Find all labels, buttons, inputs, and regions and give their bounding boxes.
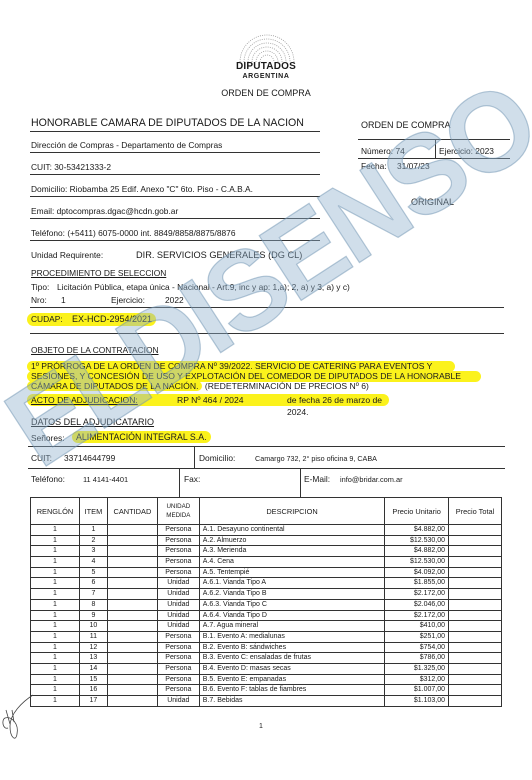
cell-item: 17	[79, 696, 107, 707]
cell-unitario: $4.882,00	[385, 546, 449, 557]
cell-cantidad	[107, 589, 157, 600]
cell-item: 12	[79, 642, 107, 653]
cell-total	[449, 546, 502, 557]
cell-cantidad	[107, 696, 157, 707]
cudap-value: EX-HCD-2954/2021	[72, 314, 152, 324]
col-item: ITEM	[79, 498, 107, 525]
cell-total	[449, 610, 502, 621]
cell-total	[449, 653, 502, 664]
cell-item: 8	[79, 599, 107, 610]
cell-renglon: 1	[31, 610, 80, 621]
cell-cantidad	[107, 663, 157, 674]
col-precio-total: Precio Total	[449, 498, 502, 525]
cell-cantidad	[107, 525, 157, 536]
procedure-type-label: Tipo:	[31, 282, 49, 292]
cell-descripcion: A.3. Merienda	[199, 546, 384, 557]
cell-descripcion: B.7. Bebidas	[199, 696, 384, 707]
cell-renglon: 1	[31, 567, 80, 578]
cell-cantidad	[107, 642, 157, 653]
cell-unitario: $12.530,00	[385, 557, 449, 568]
cell-total	[449, 696, 502, 707]
table-row: 18UnidadA.6.3. Vianda Tipo C$2.046,00	[31, 599, 502, 610]
cell-item: 13	[79, 653, 107, 664]
cell-renglon: 1	[31, 663, 80, 674]
logo-country: ARGENTINA	[0, 73, 532, 80]
cell-unidad: Unidad	[157, 589, 199, 600]
table-row: 116PersonaB.6. Evento F: tablas de fiamb…	[31, 685, 502, 696]
object-line-3: CÁMARA DE DIPUTADOS DE LA NACIÓN. (REDET…	[27, 381, 369, 391]
cudap-label: CUDAP:	[31, 314, 63, 324]
object-line-3-suffix: (REDETERMINACIÓN DE PRECIOS Nº 6)	[205, 381, 369, 391]
cell-descripcion: B.1. Evento A: medialunas	[199, 631, 384, 642]
cell-total	[449, 589, 502, 600]
cell-item: 6	[79, 578, 107, 589]
order-number: Número: 74	[361, 146, 405, 156]
cell-unidad: Unidad	[157, 610, 199, 621]
signature-icon	[0, 690, 40, 750]
document-title: ORDEN DE COMPRA	[0, 88, 532, 98]
cell-item: 11	[79, 631, 107, 642]
cell-renglon: 1	[31, 642, 80, 653]
cell-total	[449, 525, 502, 536]
issuer-email: Email: dptocompras.dgac@hcdn.gob.ar	[31, 206, 178, 216]
cell-unitario: $754,00	[385, 642, 449, 653]
col-cantidad: CANTIDAD	[107, 498, 157, 525]
issuer-phone: Teléfono: (+5411) 6075-0000 int. 8849/88…	[31, 228, 236, 238]
award-date: de fecha 26 de marzo de 2024.	[287, 394, 389, 418]
cell-unitario: $1.325,00	[385, 663, 449, 674]
cell-unidad: Persona	[157, 535, 199, 546]
object-heading: OBJETO DE LA CONTRATACION	[31, 345, 159, 355]
cell-descripcion: B.6. Evento F: tablas de fiambres	[199, 685, 384, 696]
cell-total	[449, 621, 502, 632]
cell-item: 5	[79, 567, 107, 578]
award-value: RP Nº 464 / 2024	[177, 394, 244, 406]
table-row: 13PersonaA.3. Merienda$4.882,00	[31, 546, 502, 557]
cell-unitario: $1.855,00	[385, 578, 449, 589]
table-header-row: RENGLÓN ITEM CANTIDAD UNIDAD MEDIDA DESC…	[31, 498, 502, 525]
cell-item: 14	[79, 663, 107, 674]
cell-unitario: $1.103,00	[385, 696, 449, 707]
order-date-label: Fecha:	[361, 161, 387, 171]
items-table: RENGLÓN ITEM CANTIDAD UNIDAD MEDIDA DESC…	[30, 497, 502, 707]
table-row: 12PersonaA.2. Almuerzo$12.530,00	[31, 535, 502, 546]
cell-descripcion: B.2. Evento B: sándwiches	[199, 642, 384, 653]
cell-unitario: $2.046,00	[385, 599, 449, 610]
col-renglon: RENGLÓN	[31, 498, 80, 525]
page-number: 1	[259, 723, 263, 730]
vendor-address-value: Camargo 732, 2° piso oficina 9, CABA	[255, 454, 377, 463]
copy-label: ORIGINAL	[411, 197, 454, 207]
cell-total	[449, 663, 502, 674]
cell-descripcion: A.7. Agua mineral	[199, 621, 384, 632]
cell-unidad: Unidad	[157, 696, 199, 707]
cell-cantidad	[107, 653, 157, 664]
cell-unidad: Persona	[157, 546, 199, 557]
vendor-cuit-label: CUIT:	[31, 453, 52, 463]
table-row: 110UnidadA.7. Agua mineral$410,00	[31, 621, 502, 632]
vendor-fax-label: Fax:	[184, 474, 200, 484]
col-descripcion: DESCRIPCION	[199, 498, 384, 525]
vendor-email-value: info@bridar.com.ar	[340, 475, 403, 484]
issuer-name: HONORABLE CAMARA DE DIPUTADOS DE LA NACI…	[31, 117, 304, 129]
items-table-body: 11PersonaA.1. Desayuno continental$4.882…	[31, 525, 502, 707]
vendor-phone-value: 11 4141-4401	[83, 475, 128, 484]
cell-descripcion: A.6.1. Vianda Tipo A	[199, 578, 384, 589]
vendor-cuit-value: 33714644799	[64, 453, 115, 463]
cell-unitario: $4.092,00	[385, 567, 449, 578]
procedure-nro-label: Nro:	[31, 295, 47, 305]
cell-renglon: 1	[31, 535, 80, 546]
requesting-unit-label: Unidad Requirente:	[31, 250, 103, 260]
issuer-department: Dirección de Compras - Departamento de C…	[31, 140, 222, 150]
cell-total	[449, 557, 502, 568]
cell-unidad: Persona	[157, 685, 199, 696]
cell-unidad: Persona	[157, 653, 199, 664]
issuer-cuit: CUIT: 30-53421333-2	[31, 162, 111, 172]
procedure-year-label: Ejercicio:	[111, 295, 145, 305]
cell-renglon: 1	[31, 621, 80, 632]
cell-unitario: $251,00	[385, 631, 449, 642]
cell-unidad: Unidad	[157, 621, 199, 632]
cell-cantidad	[107, 567, 157, 578]
cell-unitario: $12.530,00	[385, 535, 449, 546]
cell-total	[449, 685, 502, 696]
cell-item: 16	[79, 685, 107, 696]
cell-total	[449, 535, 502, 546]
cell-item: 1	[79, 525, 107, 536]
cell-total	[449, 642, 502, 653]
cell-total	[449, 599, 502, 610]
cell-item: 4	[79, 557, 107, 568]
cell-descripcion: A.6.4. Vianda Tipo D	[199, 610, 384, 621]
issuer-address: Domicilio: Riobamba 25 Edif. Anexo "C" 6…	[31, 184, 253, 194]
procedure-type-value: Licitación Pública, etapa única - Nacion…	[57, 282, 350, 292]
table-row: 14PersonaA.4. Cena$12.530,00	[31, 557, 502, 568]
table-row: 111PersonaB.1. Evento A: medialunas$251,…	[31, 631, 502, 642]
cell-unidad: Persona	[157, 525, 199, 536]
diputados-logo-icon	[232, 30, 302, 64]
cell-cantidad	[107, 685, 157, 696]
cell-descripcion: A.2. Almuerzo	[199, 535, 384, 546]
cell-total	[449, 631, 502, 642]
table-row: 115PersonaB.5. Evento E: empanadas$312,0…	[31, 674, 502, 685]
cell-unitario: $4.882,00	[385, 525, 449, 536]
requesting-unit-value: DIR. SERVICIOS GENERALES (DG CL)	[136, 250, 302, 260]
cell-unitario: $1.007,00	[385, 685, 449, 696]
cell-item: 3	[79, 546, 107, 557]
cell-item: 10	[79, 621, 107, 632]
cell-cantidad	[107, 621, 157, 632]
table-row: 15PersonaA.5. Tentempié$4.092,00	[31, 567, 502, 578]
table-row: 11PersonaA.1. Desayuno continental$4.882…	[31, 525, 502, 536]
cell-total	[449, 578, 502, 589]
cell-item: 15	[79, 674, 107, 685]
cell-cantidad	[107, 599, 157, 610]
cell-renglon: 1	[31, 631, 80, 642]
cell-unitario: $2.172,00	[385, 610, 449, 621]
cell-unidad: Persona	[157, 642, 199, 653]
cell-item: 9	[79, 610, 107, 621]
cell-renglon: 1	[31, 578, 80, 589]
cell-unitario: $410,00	[385, 621, 449, 632]
cell-item: 7	[79, 589, 107, 600]
cell-cantidad	[107, 674, 157, 685]
table-row: 16UnidadA.6.1. Vianda Tipo A$1.855,00	[31, 578, 502, 589]
cell-item: 2	[79, 535, 107, 546]
cell-renglon: 1	[31, 546, 80, 557]
cell-unidad: Persona	[157, 631, 199, 642]
vendor-phone-label: Teléfono:	[31, 474, 65, 484]
cell-cantidad	[107, 535, 157, 546]
cell-unidad: Persona	[157, 567, 199, 578]
logo-name: DIPUTADOS	[0, 61, 532, 72]
cell-unidad: Persona	[157, 674, 199, 685]
cell-cantidad	[107, 610, 157, 621]
order-year: Ejercicio: 2023	[439, 146, 494, 156]
table-row: 113PersonaB.3. Evento C: ensaladas de fr…	[31, 653, 502, 664]
award-highlight: ACTO DE ADJUDICACION: RP Nº 464 / 2024 d…	[27, 394, 389, 406]
table-row: 117UnidadB.7. Bebidas$1.103,00	[31, 696, 502, 707]
cell-cantidad	[107, 578, 157, 589]
table-row: 112PersonaB.2. Evento B: sándwiches$754,…	[31, 642, 502, 653]
cell-descripcion: B.3. Evento C: ensaladas de frutas	[199, 653, 384, 664]
cell-descripcion: B.5. Evento E: empanadas	[199, 674, 384, 685]
cell-descripcion: A.1. Desayuno continental	[199, 525, 384, 536]
procedure-heading: PROCEDIMIENTO DE SELECCION	[31, 268, 166, 278]
cell-unidad: Persona	[157, 557, 199, 568]
cell-unidad: Unidad	[157, 578, 199, 589]
cell-renglon: 1	[31, 589, 80, 600]
cell-descripcion: A.6.3. Vianda Tipo C	[199, 599, 384, 610]
col-precio-unitario: Precio Unitario	[385, 498, 449, 525]
cell-renglon: 1	[31, 525, 80, 536]
cell-renglon: 1	[31, 653, 80, 664]
cell-unidad: Unidad	[157, 599, 199, 610]
order-title: ORDEN DE COMPRA	[361, 120, 451, 130]
cell-unitario: $312,00	[385, 674, 449, 685]
cell-descripcion: A.6.2. Vianda Tipo B	[199, 589, 384, 600]
object-line-3-main: CÁMARA DE DIPUTADOS DE LA NACIÓN.	[27, 381, 202, 391]
cell-unitario: $786,00	[385, 653, 449, 664]
cell-renglon: 1	[31, 599, 80, 610]
cell-cantidad	[107, 557, 157, 568]
vendor-name-value: ALIMENTACIÓN INTEGRAL S.A.	[72, 431, 211, 443]
cell-descripcion: A.4. Cena	[199, 557, 384, 568]
vendor-address-label: Domicilio:	[199, 453, 235, 463]
table-row: 114PersonaB.4. Evento D: masas secas$1.3…	[31, 663, 502, 674]
cell-total	[449, 567, 502, 578]
cell-renglon: 1	[31, 557, 80, 568]
procedure-nro-value: 1	[61, 295, 66, 305]
vendor-email-label: E-Mail:	[304, 474, 330, 484]
cell-cantidad	[107, 631, 157, 642]
col-unidad-medida: UNIDAD MEDIDA	[157, 498, 199, 525]
cell-descripcion: A.5. Tentempié	[199, 567, 384, 578]
cell-unitario: $2.172,00	[385, 589, 449, 600]
table-row: 19UnidadA.6.4. Vianda Tipo D$2.172,00	[31, 610, 502, 621]
cudap-highlight: CUDAP: EX-HCD-2954/2021	[27, 313, 156, 326]
order-date-value: 31/07/23	[397, 161, 430, 171]
table-row: 17UnidadA.6.2. Vianda Tipo B$2.172,00	[31, 589, 502, 600]
cell-renglon: 1	[31, 674, 80, 685]
cell-total	[449, 674, 502, 685]
procedure-year-value: 2022	[165, 295, 184, 305]
cell-descripcion: B.4. Evento D: masas secas	[199, 663, 384, 674]
vendor-name-label: Señores:	[31, 433, 65, 443]
vendor-heading: DATOS DEL ADJUDICATARIO	[31, 417, 154, 427]
cell-unidad: Persona	[157, 663, 199, 674]
award-label: ACTO DE ADJUDICACION:	[31, 395, 138, 405]
cell-cantidad	[107, 546, 157, 557]
